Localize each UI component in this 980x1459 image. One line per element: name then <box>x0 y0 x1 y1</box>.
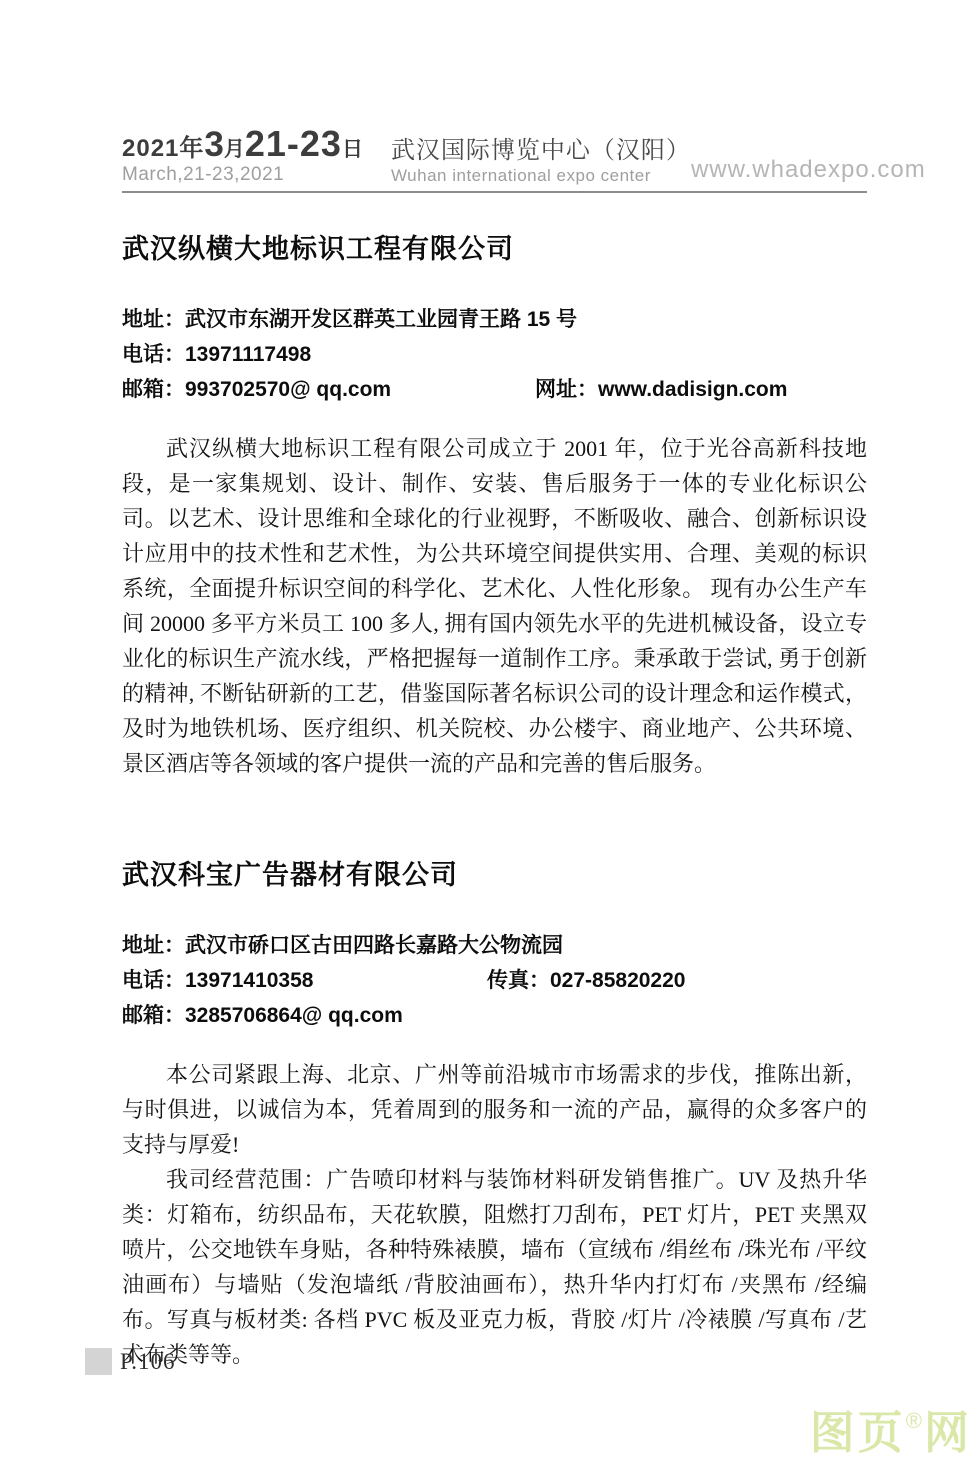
email-label: 邮箱： <box>122 1004 185 1027</box>
watermark-text-left: 图页 <box>810 1407 906 1458</box>
company-1-name: 武汉纵横大地标识工程有限公司 <box>122 227 867 266</box>
watermark-text-right: 网 <box>924 1407 972 1458</box>
company-1-website: 网址：www.dadisign.com <box>535 372 787 407</box>
address-value: 武汉市硚口区古田四路长嘉路大公物流园 <box>185 934 563 957</box>
expo-venue-en: Wuhan international expo center <box>391 166 691 186</box>
company-section-2: 武汉科宝广告器材有限公司 地址：武汉市硚口区古田四路长嘉路大公物流园 电话：13… <box>122 853 867 1372</box>
phone-label: 电话： <box>122 969 185 992</box>
expo-website-url: www.whadexpo.com <box>691 156 926 186</box>
email-value: 3285706864@ qq.com <box>185 1004 403 1027</box>
phone-value: 13971410358 <box>185 969 313 992</box>
fax-value: 027-85820220 <box>550 969 685 992</box>
email-value: 993702570@ qq.com <box>185 378 391 401</box>
date-month-char: 月 <box>224 138 245 161</box>
date-day-char: 日 <box>342 138 363 161</box>
fax-label: 传真： <box>487 969 550 992</box>
date-year: 2021年 <box>122 135 204 162</box>
expo-date-cn: 2021年3月21-23日 <box>122 126 363 162</box>
company-1-phone-row: 电话：13971117498 <box>122 337 867 372</box>
company-1-address-row: 地址：武汉市东湖开发区群英工业园青王路 15 号 <box>122 302 867 337</box>
catalog-page: 2021年3月21-23日 March,21-23,2021 武汉国际博览中心（… <box>0 0 980 1459</box>
expo-date: 2021年3月21-23日 March,21-23,2021 <box>122 126 363 186</box>
company-1-email-row: 邮箱：993702570@ qq.com 网址：www.dadisign.com <box>122 372 867 407</box>
date-month-number: 3 <box>204 125 223 164</box>
website-label: 网址： <box>535 378 598 401</box>
email-label: 邮箱： <box>122 378 185 401</box>
company-2-fax: 传真：027-85820220 <box>487 963 685 998</box>
company-2-contacts: 地址：武汉市硚口区古田四路长嘉路大公物流园 电话：13971410358 传真：… <box>122 928 867 1033</box>
registered-trademark-icon: ® <box>906 1408 922 1433</box>
address-label: 地址： <box>122 934 185 957</box>
page-number: P.106 <box>120 1349 176 1375</box>
company-2-address-row: 地址：武汉市硚口区古田四路长嘉路大公物流园 <box>122 928 867 963</box>
page-footer: P.106 <box>85 1348 176 1375</box>
company-section-1: 武汉纵横大地标识工程有限公司 地址：武汉市东湖开发区群英工业园青王路 15 号 … <box>122 227 867 781</box>
company-2-email-row: 邮箱：3285706864@ qq.com <box>122 998 867 1033</box>
expo-venue: 武汉国际博览中心（汉阳） Wuhan international expo ce… <box>391 138 691 186</box>
expo-header: 2021年3月21-23日 March,21-23,2021 武汉国际博览中心（… <box>122 0 867 193</box>
company-1-description: 武汉纵横大地标识工程有限公司成立于 2001 年，位于光谷高新科技地段，是一家集… <box>122 431 867 781</box>
phone-value: 13971117498 <box>185 343 311 366</box>
company-2-phone-row: 电话：13971410358 传真：027-85820220 <box>122 963 867 998</box>
expo-venue-cn: 武汉国际博览中心（汉阳） <box>391 138 691 164</box>
company-2-name: 武汉科宝广告器材有限公司 <box>122 853 867 892</box>
phone-label: 电话： <box>122 343 185 366</box>
company-2-description-2: 我司经营范围：广告喷印材料与装饰材料研发销售推广。UV 及热升华类：灯箱布，纺织… <box>122 1162 867 1372</box>
date-days: 21-23 <box>245 123 342 164</box>
company-1-contacts: 地址：武汉市东湖开发区群英工业园青王路 15 号 电话：13971117498 … <box>122 302 867 407</box>
address-label: 地址： <box>122 308 185 331</box>
watermark-logo: 图页®网 <box>810 1410 972 1455</box>
page-marker-square <box>85 1348 112 1375</box>
company-2-description-1: 本公司紧跟上海、北京、广州等前沿城市市场需求的步伐，推陈出新，与时俱进，以诚信为… <box>122 1057 867 1162</box>
address-value: 武汉市东湖开发区群英工业园青王路 15 号 <box>185 308 577 331</box>
expo-date-en: March,21-23,2021 <box>122 164 363 186</box>
website-value: www.dadisign.com <box>598 378 787 401</box>
